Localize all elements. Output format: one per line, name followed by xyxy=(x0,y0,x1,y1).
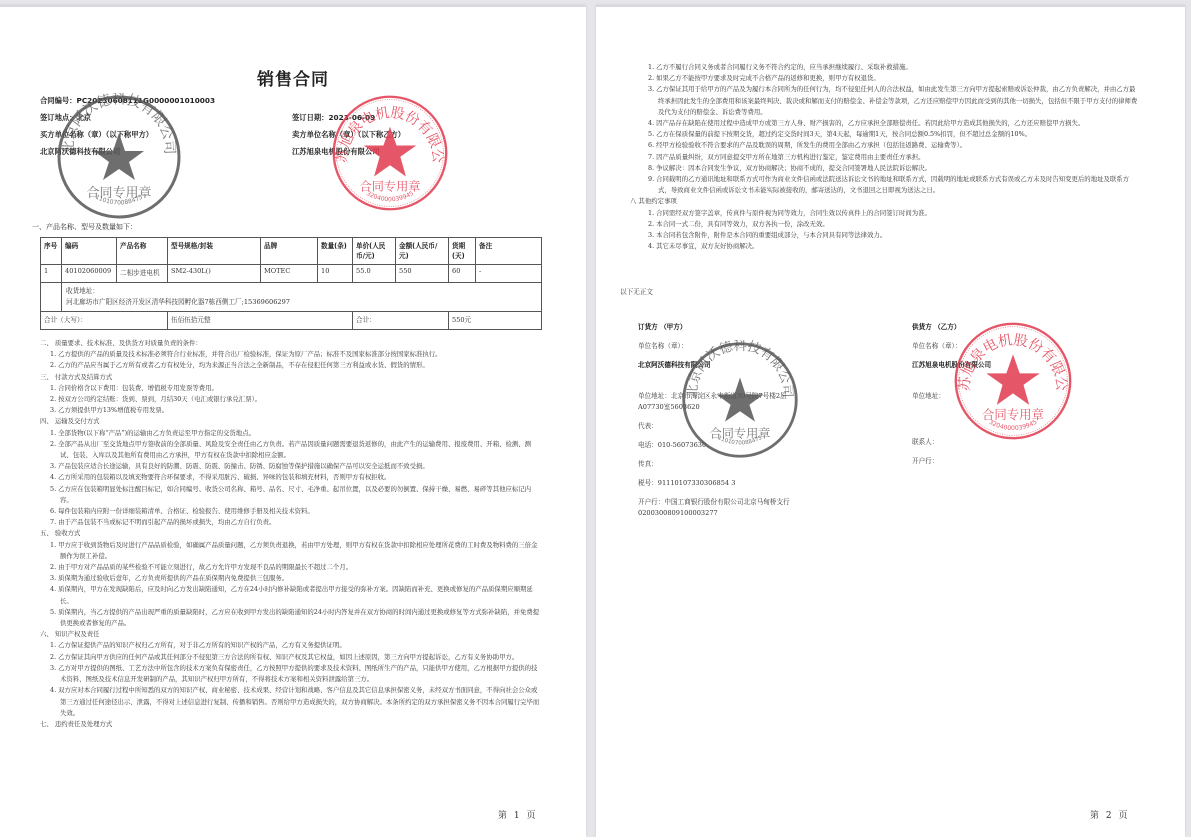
clause-item: 4. 双方应对本合同履行过程中所知悉的双方的知识产权、商业秘密、技术成果、经营计… xyxy=(40,685,540,719)
seller-name: 江苏旭泉电机股份有限公司 xyxy=(292,147,380,157)
col-header: 单价(人民币/元) xyxy=(353,238,396,265)
clause-item: 9. 合同载明的乙方通讯地址和联系方式可作为商业文件信函或法院送达诉讼文书的地址… xyxy=(640,174,1140,196)
clause-item: 2. 如果乙方不能按甲方要求及时完成不合格产品的返修和更换，则甲方有权退货。 xyxy=(640,73,1140,84)
sign-date: 签订日期：2023-06-09 xyxy=(292,113,375,123)
buyer-bank: 开户行：中国工商银行股份有限公司北京马甸桥支行02003008091000032… xyxy=(638,497,798,519)
cell: 60 xyxy=(449,265,476,283)
clause-item: 5. 乙方在保质保量的前提下按期交货，超过约定交货时间3天，第4天起，每逾期1天… xyxy=(640,129,1140,140)
clause-item: 6. 经甲方检验验收不符合要求的产品及耽误的周期，所发生的费用全部由乙方承担（包… xyxy=(640,140,1140,151)
buyer-label: 买方单位名称（章）（以下称甲方） xyxy=(40,130,153,140)
clause-item: 4. 因产品存在缺陷在使用过程中造成甲方或第三方人身、财产损害的，乙方应承担全部… xyxy=(640,118,1140,129)
clause-item: 7. 由于产品包装不当或标记不明而引起产品的损坏或损失，均由乙方自行负责。 xyxy=(40,517,540,528)
seller-address: 单位地址： xyxy=(912,391,1092,402)
page-1: 销售合同 合同编号：PC20230608111G0000001010003 签订… xyxy=(0,5,586,837)
clause-item: 2. 由于甲方对产品品质的某些检验不可能立刻进行，故乙方允许甲方发现不良品的期限… xyxy=(40,562,540,573)
seller-contact: 联系人： xyxy=(912,437,1092,448)
seller-name-label: 单位名称（章）： xyxy=(912,341,1092,352)
clause-item: 3. 乙方保证其用于给甲方的产品及为履行本合同所为的任何行为，均不侵犯任何人的合… xyxy=(640,84,1140,118)
clause-item: 1. 乙方提供的产品的质量及技术标准必须符合行业标准，并符合出厂检验标准，保证为… xyxy=(40,349,540,360)
clause-item: 1. 乙方不履行合同义务或者合同履行义务不符合约定的，应当承担继续履行、采取补救… xyxy=(640,62,1140,73)
col-header: 备注 xyxy=(476,238,542,265)
buyer-name-label: 单位名称（章）： xyxy=(638,341,798,352)
cell: MOTEC xyxy=(261,265,318,283)
section-heading: 五、 验收方式 xyxy=(40,528,540,539)
page-number-1: 第 1 页 xyxy=(498,808,537,821)
clause-item: 3. 乙方须提供甲方13%增值税专用发票。 xyxy=(40,405,540,416)
buyer-address: 单位地址：北京市海淀区永丰街道30号院7号楼2层A07730室5603620 xyxy=(638,391,798,413)
clause-item: 2. 全部产品从出厂至交货地点甲方签收前的全部质量、风险及安全责任由乙方负责。若… xyxy=(40,439,540,461)
cell: 1 xyxy=(41,265,62,283)
col-header: 编码 xyxy=(62,238,117,265)
total-row: 合计（大写）： 伍佰伍拾元整 合计： 550元 xyxy=(41,312,542,330)
seller-label: 卖方单位名称（章）（以下称乙方） xyxy=(292,130,405,140)
cell: 550 xyxy=(396,265,449,283)
clause-item: 7. 因产品质量纠纷，双方同意提交甲方所在地第三方机构进行鉴定，鉴定费用由主要责… xyxy=(640,152,1140,163)
cell: - xyxy=(476,265,542,283)
svg-text:合同专用章: 合同专用章 xyxy=(360,179,421,194)
col-header: 产品名称 xyxy=(117,238,168,265)
clause-item: 2. 本合同一式二份，具有同等效力，双方各执一份，涂改无效。 xyxy=(640,219,1140,230)
page-1-clauses: 二、 质量要求、技术标准、及供货方对质量负责的条件：1. 乙方提供的产品的质量及… xyxy=(40,338,540,730)
clause-item: 5. 乙方应在包装箱明显处标注醒目标记，如合同编号、收货公司名称、箱号、品名、尺… xyxy=(40,484,540,506)
document-title: 销售合同 xyxy=(0,65,586,90)
section-heading: 八 其他约定事项 xyxy=(630,196,1140,207)
page-2-clauses: 1. 乙方不履行合同义务或者合同履行义务不符合约定的，应当承担继续履行、采取补救… xyxy=(640,62,1140,252)
col-header: 品牌 xyxy=(261,238,318,265)
section-heading: 三、 付款方式及结算方式 xyxy=(40,372,540,383)
cell: 10 xyxy=(318,265,353,283)
page-top-border xyxy=(596,5,1185,7)
cell: 55.0 xyxy=(353,265,396,283)
end-note: 以下无正文 xyxy=(620,287,653,298)
delivery-address-cell: 收货地址： 河北廊坊市广阳区经济开发区清华科技园孵化器7栋西侧工厂;153696… xyxy=(62,283,542,312)
clause-item: 2. 乙方的产品应当属于乙方所有或者乙方有权处分，均为来源正当合法之全新制品，不… xyxy=(40,360,540,371)
clause-item: 3. 质保期为通过验收后壹年，乙方负责所提供的产品在质保期内免费提供三包服务。 xyxy=(40,573,540,584)
col-header: 数量(条) xyxy=(318,238,353,265)
total-words: 伍佰伍拾元整 xyxy=(168,312,353,330)
col-header: 型号规格/封装 xyxy=(168,238,261,265)
col-header: 货期(天) xyxy=(449,238,476,265)
buyer-tax: 税号：91110107330306854 3 xyxy=(638,478,798,489)
clause-item: 3. 本合同若包含附件，附件是本合同的重要组成部分，与本合同具有同等法律效力。 xyxy=(640,230,1140,241)
clause-item: 5. 质保期内，当乙方提供的产品出现严重的质量缺陷时，乙方应在收到甲方发出的缺陷… xyxy=(40,607,540,629)
section-heading: 四、 运输及交付方式 xyxy=(40,416,540,427)
clause-item: 3. 乙方对甲方提供的图纸、工艺方法中所包含的技术方案负有保密责任，乙方按照甲方… xyxy=(40,663,540,685)
section-1-heading: 一、产品名称、型号及数量如下： xyxy=(32,222,137,232)
seller-signature-block: 供货方 （乙方） 单位名称（章）： 江苏旭泉电机股份有限公司 单位地址： 联系人… xyxy=(912,322,1092,475)
seller-name: 江苏旭泉电机股份有限公司 xyxy=(912,360,1092,371)
section-heading: 六、 知识产权及责任 xyxy=(40,629,540,640)
clause-item: 4. 质保期内，甲方在发现缺陷后，应及时向乙方发出缺陷通知，乙方在24小时内修补… xyxy=(40,584,540,606)
section-heading: 二、 质量要求、技术标准、及供货方对质量负责的条件： xyxy=(40,338,540,349)
total-words-label: 合计（大写）： xyxy=(41,312,168,330)
buyer-heading: 订货方 （甲方） xyxy=(638,322,798,333)
page-number-2: 第 2 页 xyxy=(1090,808,1129,821)
section-heading: 七、 违约责任及处理方式 xyxy=(40,719,540,730)
buyer-signature-block: 订货方 （甲方） 单位名称（章）： 北京阿沃德科技有限公司 单位地址：北京市海淀… xyxy=(638,322,798,527)
buyer-rep: 代表： xyxy=(638,421,798,432)
buyer-phone: 电话：010-56073630 xyxy=(638,440,798,451)
buyer-name: 北京阿沃德科技有限公司 xyxy=(638,360,798,371)
clause-item: 2. 按双方公司约定结账：货到、票到，月结30天（电汇或银行承兑汇票）。 xyxy=(40,394,540,405)
buyer-fax: 传真： xyxy=(638,459,798,470)
cell: 40102060009 xyxy=(62,265,117,283)
contract-number: 合同编号：PC20230608111G0000001010003 xyxy=(40,96,215,106)
sign-place: 签订地点：北京 xyxy=(40,113,91,123)
table-row: 1 40102060009 二相步进电机 SM2-430L() MOTEC 10… xyxy=(41,265,542,283)
clause-item: 1. 乙方保证提供产品的知识产权归乙方所有，对于非乙方所有的知识产权的产品，乙方… xyxy=(40,640,540,651)
clause-item: 1. 合同价格含以下费用：包装费、增值税专用发票等费用。 xyxy=(40,383,540,394)
clause-item: 6. 每件包装箱内应附一份详细装箱清单、合格证、检验报告、使用维修手册及相关技术… xyxy=(40,506,540,517)
page-top-border xyxy=(0,5,586,7)
cell: SM2-430L() xyxy=(168,265,261,283)
svg-text:3204000039945: 3204000039945 xyxy=(365,190,415,203)
seller-bank: 开户行： xyxy=(912,456,1092,467)
seller-heading: 供货方 （乙方） xyxy=(912,322,1092,333)
clause-item: 8. 争议解决：因本合同发生争议，双方协商解决；协商不成的，提交合同签署地人民法… xyxy=(640,163,1140,174)
clause-item: 2. 乙方保证其向甲方供应的任何产品或其任何部分不侵犯第三方合法的所有权、知识产… xyxy=(40,652,540,663)
clause-item: 1. 全部货物(以下称“产品”)的运输由乙方负责运至甲方指定的交货地点。 xyxy=(40,428,540,439)
clause-item: 3. 产品包装应适合长途运输，具有良好的防潮、防震、防震、防撞击、防锈、防腐蚀等… xyxy=(40,461,540,472)
product-table: 序号 编码 产品名称 型号规格/封装 品牌 数量(条) 单价(人民币/元) 金额… xyxy=(40,237,542,330)
table-header-row: 序号 编码 产品名称 型号规格/封装 品牌 数量(条) 单价(人民币/元) 金额… xyxy=(41,238,542,265)
clause-item: 4. 乙方所采用的包装箱以及填充物要符合环保要求，不得采用脏污、破损、异味的包装… xyxy=(40,472,540,483)
cell: 二相步进电机 xyxy=(117,265,168,283)
svg-text:1101070088475: 1101070088475 xyxy=(94,194,144,207)
total-label: 合计： xyxy=(353,312,449,330)
clause-item: 4. 其它未尽事宜，双方友好协商解决。 xyxy=(640,241,1140,252)
total-value: 550元 xyxy=(449,312,542,330)
col-header: 序号 xyxy=(41,238,62,265)
col-header: 金额(人民币/元) xyxy=(396,238,449,265)
buyer-name: 北京阿沃德科技有限公司 xyxy=(40,147,120,157)
svg-text:合同专用章: 合同专用章 xyxy=(86,185,151,201)
delivery-row: 收货地址： 河北廊坊市广阳区经济开发区清华科技园孵化器7栋西侧工厂;153696… xyxy=(41,283,542,312)
clause-item: 1. 合同需经双方签字盖章，传真件与原件视为同等效力，合同生效以传真件上的合同签… xyxy=(640,208,1140,219)
clause-item: 1. 甲方应于收到货物后及时进行产品品质检验，如确属产品质量问题，乙方须负责退换… xyxy=(40,540,540,562)
